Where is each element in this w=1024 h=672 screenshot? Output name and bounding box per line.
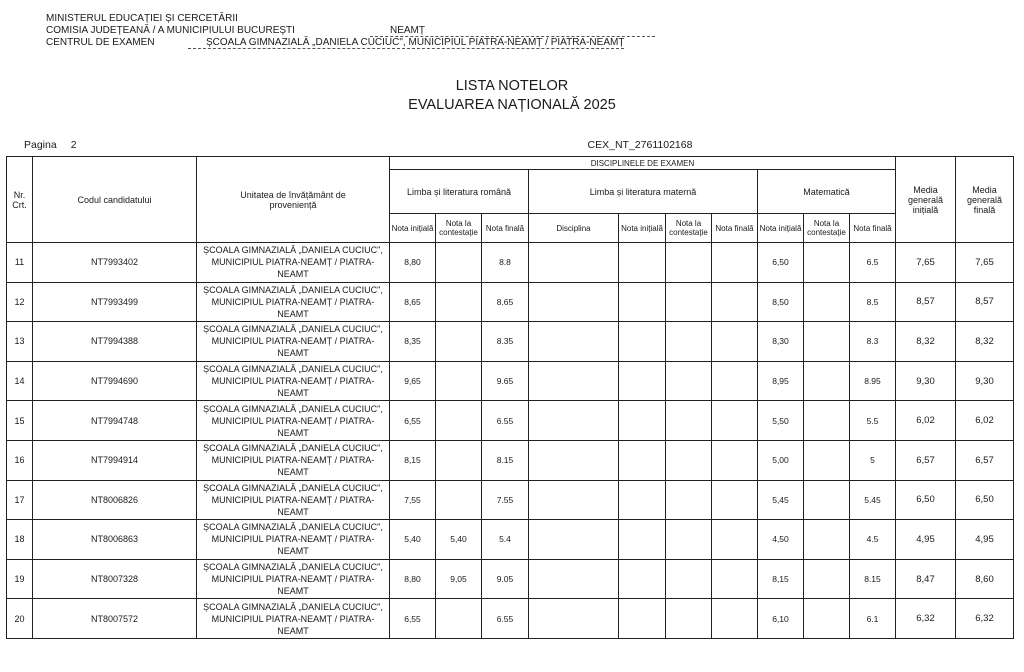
math-appeal-grade bbox=[804, 520, 850, 560]
maternal-final-grade bbox=[712, 361, 758, 401]
maternal-discipline bbox=[529, 480, 619, 520]
math-final-grade: 8.5 bbox=[850, 282, 896, 322]
ro-appeal-grade bbox=[436, 282, 482, 322]
header-nr: Nr. Crt. bbox=[7, 157, 33, 243]
maternal-initial-grade bbox=[619, 559, 666, 599]
avg-final: 6,57 bbox=[956, 440, 1014, 480]
table-row: 11NT7993402ȘCOALA GIMNAZIALĂ „DANIELA CU… bbox=[7, 243, 1014, 283]
ro-final-grade: 5.4 bbox=[482, 520, 529, 560]
maternal-appeal-grade bbox=[666, 599, 712, 639]
maternal-initial-grade bbox=[619, 361, 666, 401]
math-appeal-grade bbox=[804, 559, 850, 599]
header-ro-initial: Nota inițială bbox=[390, 214, 436, 243]
ro-initial-grade: 6,55 bbox=[390, 401, 436, 441]
math-initial-grade: 8,50 bbox=[758, 282, 804, 322]
ro-final-grade: 8.35 bbox=[482, 322, 529, 362]
math-initial-grade: 4,50 bbox=[758, 520, 804, 560]
table-row: 20NT8007572ȘCOALA GIMNAZIALĂ „DANIELA CU… bbox=[7, 599, 1014, 639]
candidate-code: NT8007572 bbox=[33, 599, 197, 639]
avg-final: 8,57 bbox=[956, 282, 1014, 322]
header-mat-final: Nota finală bbox=[712, 214, 758, 243]
ro-appeal-grade bbox=[436, 480, 482, 520]
candidate-code: NT8006863 bbox=[33, 520, 197, 560]
maternal-appeal-grade bbox=[666, 361, 712, 401]
ro-final-grade: 7.55 bbox=[482, 480, 529, 520]
school-name: ȘCOALA GIMNAZIALĂ „DANIELA CUCIUC", MUNI… bbox=[197, 401, 390, 441]
exam-center-code: CEX_NT_2761102168 bbox=[560, 139, 720, 151]
math-initial-grade: 5,50 bbox=[758, 401, 804, 441]
maternal-appeal-grade bbox=[666, 440, 712, 480]
exam-center-line: CENTRUL DE EXAMEN ȘCOALA GIMNAZIALĂ „DAN… bbox=[46, 37, 155, 49]
ministry-name: MINISTERUL EDUCAȚIEI ȘI CERCETĂRII bbox=[46, 13, 238, 25]
candidate-code: NT7994690 bbox=[33, 361, 197, 401]
exam-center-value: ȘCOALA GIMNAZIALĂ „DANIELA CUCIUC", MUNI… bbox=[188, 37, 624, 49]
row-number: 19 bbox=[7, 559, 33, 599]
math-appeal-grade bbox=[804, 599, 850, 639]
table-row: 18NT8006863ȘCOALA GIMNAZIALĂ „DANIELA CU… bbox=[7, 520, 1014, 560]
header-avg-initial: Media generală inițială bbox=[896, 157, 956, 243]
math-final-grade: 8.15 bbox=[850, 559, 896, 599]
maternal-final-grade bbox=[712, 243, 758, 283]
maternal-appeal-grade bbox=[666, 282, 712, 322]
ro-final-grade: 8.8 bbox=[482, 243, 529, 283]
maternal-final-grade bbox=[712, 440, 758, 480]
maternal-discipline bbox=[529, 401, 619, 441]
maternal-initial-grade bbox=[619, 322, 666, 362]
ro-final-grade: 9.65 bbox=[482, 361, 529, 401]
maternal-discipline bbox=[529, 322, 619, 362]
math-initial-grade: 8,30 bbox=[758, 322, 804, 362]
avg-initial: 6,57 bbox=[896, 440, 956, 480]
school-name: ȘCOALA GIMNAZIALĂ „DANIELA CUCIUC", MUNI… bbox=[197, 599, 390, 639]
commission-value: NEAMȚ bbox=[370, 25, 655, 37]
ro-initial-grade: 7,55 bbox=[390, 480, 436, 520]
avg-initial: 8,32 bbox=[896, 322, 956, 362]
math-appeal-grade bbox=[804, 440, 850, 480]
maternal-appeal-grade bbox=[666, 401, 712, 441]
ro-appeal-grade bbox=[436, 401, 482, 441]
math-appeal-grade bbox=[804, 401, 850, 441]
header-maternal: Limba și literatura maternă bbox=[529, 170, 758, 214]
row-number: 11 bbox=[7, 243, 33, 283]
ro-appeal-grade bbox=[436, 243, 482, 283]
avg-initial: 9,30 bbox=[896, 361, 956, 401]
ro-appeal-grade bbox=[436, 322, 482, 362]
avg-initial: 4,95 bbox=[896, 520, 956, 560]
maternal-final-grade bbox=[712, 480, 758, 520]
ro-final-grade: 8.15 bbox=[482, 440, 529, 480]
maternal-final-grade bbox=[712, 599, 758, 639]
header-math-initial: Nota inițială bbox=[758, 214, 804, 243]
maternal-discipline bbox=[529, 440, 619, 480]
row-number: 12 bbox=[7, 282, 33, 322]
row-number: 13 bbox=[7, 322, 33, 362]
avg-initial: 7,65 bbox=[896, 243, 956, 283]
ro-final-grade: 8.65 bbox=[482, 282, 529, 322]
school-name: ȘCOALA GIMNAZIALĂ „DANIELA CUCIUC", MUNI… bbox=[197, 282, 390, 322]
maternal-discipline bbox=[529, 243, 619, 283]
header-math: Matematică bbox=[758, 170, 896, 214]
school-name: ȘCOALA GIMNAZIALĂ „DANIELA CUCIUC", MUNI… bbox=[197, 440, 390, 480]
row-number: 17 bbox=[7, 480, 33, 520]
school-name: ȘCOALA GIMNAZIALĂ „DANIELA CUCIUC", MUNI… bbox=[197, 480, 390, 520]
school-name: ȘCOALA GIMNAZIALĂ „DANIELA CUCIUC", MUNI… bbox=[197, 322, 390, 362]
avg-initial: 6,02 bbox=[896, 401, 956, 441]
avg-final: 6,32 bbox=[956, 599, 1014, 639]
math-appeal-grade bbox=[804, 480, 850, 520]
maternal-discipline bbox=[529, 599, 619, 639]
math-appeal-grade bbox=[804, 243, 850, 283]
avg-final: 6,50 bbox=[956, 480, 1014, 520]
header-ro-appeal: Nota la contestație bbox=[436, 214, 482, 243]
candidate-code: NT7994914 bbox=[33, 440, 197, 480]
maternal-initial-grade bbox=[619, 243, 666, 283]
maternal-initial-grade bbox=[619, 440, 666, 480]
math-initial-grade: 5,45 bbox=[758, 480, 804, 520]
maternal-final-grade bbox=[712, 322, 758, 362]
candidate-code: NT8006826 bbox=[33, 480, 197, 520]
candidate-code: NT7994388 bbox=[33, 322, 197, 362]
header-math-final: Nota finală bbox=[850, 214, 896, 243]
ro-appeal-grade bbox=[436, 361, 482, 401]
row-number: 15 bbox=[7, 401, 33, 441]
maternal-discipline bbox=[529, 559, 619, 599]
grades-table: Nr. Crt. Codul candidatului Unitatea de … bbox=[6, 156, 1014, 639]
ro-initial-grade: 8,65 bbox=[390, 282, 436, 322]
math-initial-grade: 8,15 bbox=[758, 559, 804, 599]
header-romanian: Limba și literatura română bbox=[390, 170, 529, 214]
page-indicator: Pagina2 bbox=[24, 139, 77, 151]
avg-final: 9,30 bbox=[956, 361, 1014, 401]
math-initial-grade: 8,95 bbox=[758, 361, 804, 401]
maternal-initial-grade bbox=[619, 282, 666, 322]
maternal-appeal-grade bbox=[666, 480, 712, 520]
ro-initial-grade: 9,65 bbox=[390, 361, 436, 401]
avg-initial: 8,57 bbox=[896, 282, 956, 322]
ro-initial-grade: 8,15 bbox=[390, 440, 436, 480]
candidate-code: NT7993402 bbox=[33, 243, 197, 283]
commission-label: COMISIA JUDEȚEANĂ / A MUNICIPIULUI BUCUR… bbox=[46, 25, 295, 37]
maternal-appeal-grade bbox=[666, 322, 712, 362]
maternal-initial-grade bbox=[619, 401, 666, 441]
maternal-initial-grade bbox=[619, 599, 666, 639]
avg-final: 4,95 bbox=[956, 520, 1014, 560]
document-title: LISTA NOTELOR bbox=[0, 76, 1024, 96]
math-initial-grade: 6,50 bbox=[758, 243, 804, 283]
row-number: 18 bbox=[7, 520, 33, 560]
ro-initial-grade: 8,80 bbox=[390, 243, 436, 283]
math-initial-grade: 5,00 bbox=[758, 440, 804, 480]
table-row: 12NT7993499ȘCOALA GIMNAZIALĂ „DANIELA CU… bbox=[7, 282, 1014, 322]
header-mat-initial: Nota inițială bbox=[619, 214, 666, 243]
row-number: 20 bbox=[7, 599, 33, 639]
ro-appeal-grade bbox=[436, 599, 482, 639]
math-appeal-grade bbox=[804, 361, 850, 401]
header-math-appeal: Nota la contestație bbox=[804, 214, 850, 243]
school-name: ȘCOALA GIMNAZIALĂ „DANIELA CUCIUC", MUNI… bbox=[197, 559, 390, 599]
ro-initial-grade: 8,35 bbox=[390, 322, 436, 362]
header-disciplines: DISCIPLINELE DE EXAMEN bbox=[390, 157, 896, 170]
ro-appeal-grade: 5,40 bbox=[436, 520, 482, 560]
maternal-discipline bbox=[529, 282, 619, 322]
school-name: ȘCOALA GIMNAZIALĂ „DANIELA CUCIUC", MUNI… bbox=[197, 520, 390, 560]
avg-final: 8,32 bbox=[956, 322, 1014, 362]
math-final-grade: 5.45 bbox=[850, 480, 896, 520]
avg-initial: 6,50 bbox=[896, 480, 956, 520]
ro-initial-grade: 8,80 bbox=[390, 559, 436, 599]
page-label: Pagina bbox=[24, 139, 57, 151]
math-appeal-grade bbox=[804, 322, 850, 362]
math-initial-grade: 6,10 bbox=[758, 599, 804, 639]
school-name: ȘCOALA GIMNAZIALĂ „DANIELA CUCIUC", MUNI… bbox=[197, 361, 390, 401]
maternal-initial-grade bbox=[619, 480, 666, 520]
table-row: 19NT8007328ȘCOALA GIMNAZIALĂ „DANIELA CU… bbox=[7, 559, 1014, 599]
table-row: 15NT7994748ȘCOALA GIMNAZIALĂ „DANIELA CU… bbox=[7, 401, 1014, 441]
table-row: 14NT7994690ȘCOALA GIMNAZIALĂ „DANIELA CU… bbox=[7, 361, 1014, 401]
ro-final-grade: 9.05 bbox=[482, 559, 529, 599]
avg-final: 8,60 bbox=[956, 559, 1014, 599]
math-final-grade: 5.5 bbox=[850, 401, 896, 441]
header-ro-final: Nota finală bbox=[482, 214, 529, 243]
school-name: ȘCOALA GIMNAZIALĂ „DANIELA CUCIUC", MUNI… bbox=[197, 243, 390, 283]
maternal-appeal-grade bbox=[666, 559, 712, 599]
avg-final: 6,02 bbox=[956, 401, 1014, 441]
maternal-initial-grade bbox=[619, 520, 666, 560]
maternal-final-grade bbox=[712, 559, 758, 599]
ro-appeal-grade bbox=[436, 440, 482, 480]
maternal-discipline bbox=[529, 361, 619, 401]
commission-line: COMISIA JUDEȚEANĂ / A MUNICIPIULUI BUCUR… bbox=[46, 25, 295, 37]
avg-final: 7,65 bbox=[956, 243, 1014, 283]
ro-final-grade: 6.55 bbox=[482, 401, 529, 441]
avg-initial: 8,47 bbox=[896, 559, 956, 599]
math-final-grade: 6.5 bbox=[850, 243, 896, 283]
row-number: 14 bbox=[7, 361, 33, 401]
maternal-final-grade bbox=[712, 520, 758, 560]
ro-final-grade: 6.55 bbox=[482, 599, 529, 639]
document-subtitle: EVALUAREA NAȚIONALĂ 2025 bbox=[0, 95, 1024, 115]
header-avg-final: Media generală finală bbox=[956, 157, 1014, 243]
table-row: 13NT7994388ȘCOALA GIMNAZIALĂ „DANIELA CU… bbox=[7, 322, 1014, 362]
exam-center-label: CENTRUL DE EXAMEN bbox=[46, 37, 155, 49]
header-candidate-code: Codul candidatului bbox=[33, 157, 197, 243]
maternal-discipline bbox=[529, 520, 619, 560]
table-row: 17NT8006826ȘCOALA GIMNAZIALĂ „DANIELA CU… bbox=[7, 480, 1014, 520]
header-mat-appeal: Nota la contestație bbox=[666, 214, 712, 243]
maternal-appeal-grade bbox=[666, 243, 712, 283]
maternal-appeal-grade bbox=[666, 520, 712, 560]
ro-initial-grade: 5,40 bbox=[390, 520, 436, 560]
ro-initial-grade: 6,55 bbox=[390, 599, 436, 639]
math-final-grade: 5 bbox=[850, 440, 896, 480]
math-final-grade: 6.1 bbox=[850, 599, 896, 639]
header-school: Unitatea de învățământ de proveniență bbox=[197, 157, 390, 243]
math-appeal-grade bbox=[804, 282, 850, 322]
table-row: 16NT7994914ȘCOALA GIMNAZIALĂ „DANIELA CU… bbox=[7, 440, 1014, 480]
ro-appeal-grade: 9,05 bbox=[436, 559, 482, 599]
header-mat-discipline: Disciplina bbox=[529, 214, 619, 243]
maternal-final-grade bbox=[712, 401, 758, 441]
candidate-code: NT7994748 bbox=[33, 401, 197, 441]
candidate-code: NT7993499 bbox=[33, 282, 197, 322]
page-number: 2 bbox=[71, 139, 77, 151]
row-number: 16 bbox=[7, 440, 33, 480]
math-final-grade: 4.5 bbox=[850, 520, 896, 560]
ministry-text: MINISTERUL EDUCAȚIEI ȘI CERCETĂRII bbox=[46, 13, 238, 24]
maternal-final-grade bbox=[712, 282, 758, 322]
math-final-grade: 8.95 bbox=[850, 361, 896, 401]
math-final-grade: 8.3 bbox=[850, 322, 896, 362]
avg-initial: 6,32 bbox=[896, 599, 956, 639]
candidate-code: NT8007328 bbox=[33, 559, 197, 599]
